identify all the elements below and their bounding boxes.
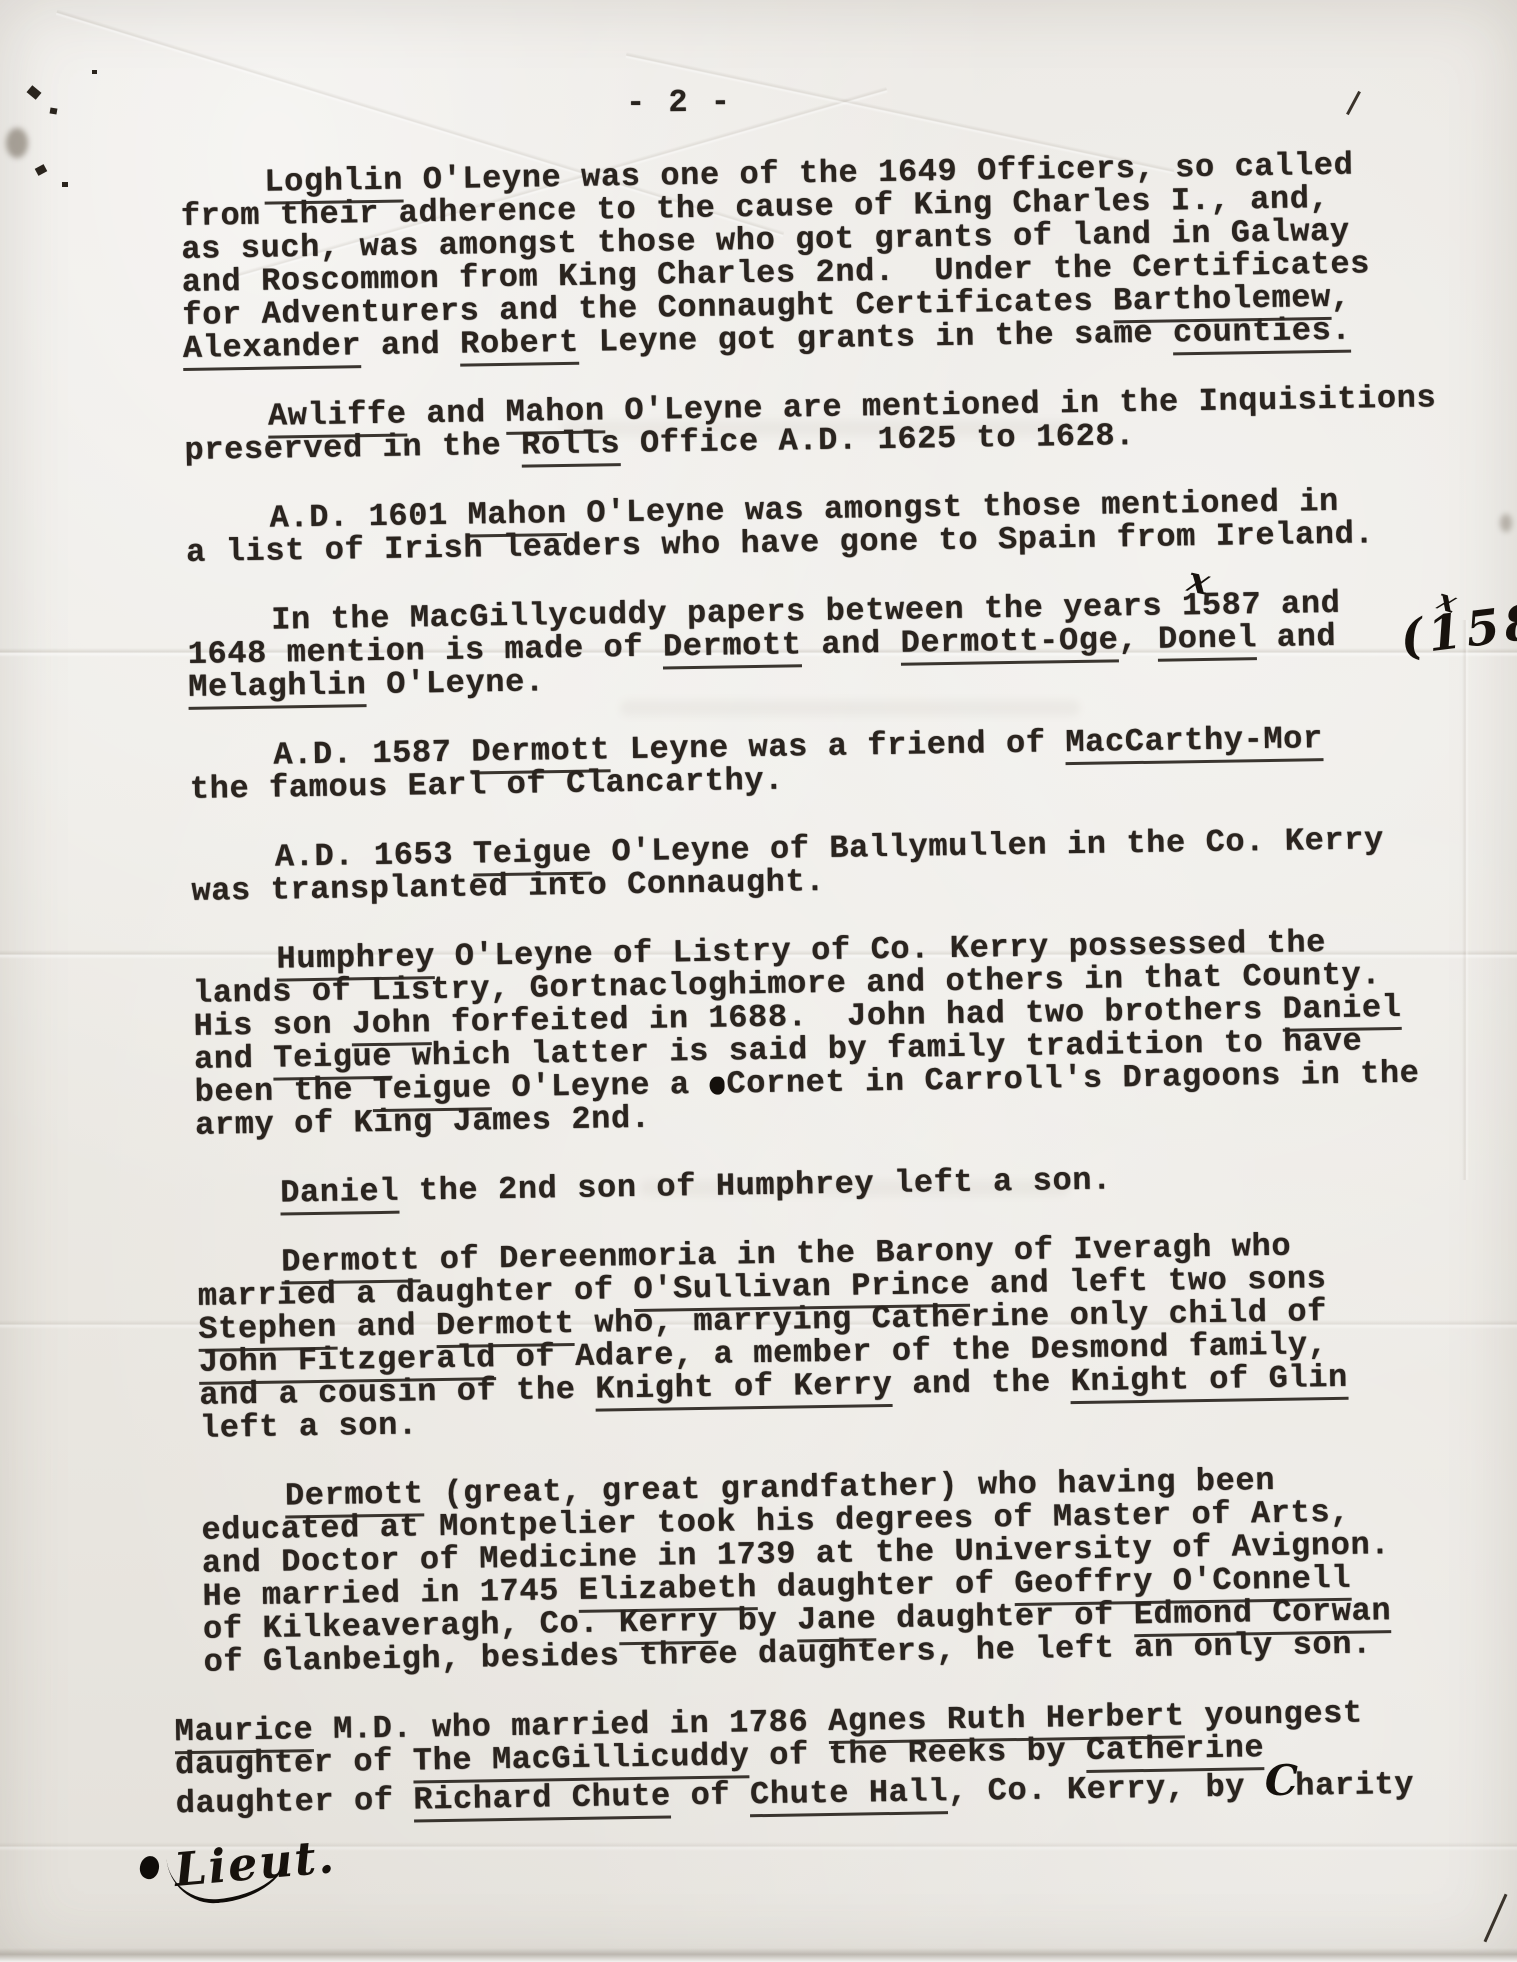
paragraph: Daniel the 2nd son of Humphrey left a so… xyxy=(196,1158,1476,1211)
ink-smudge xyxy=(1500,514,1512,532)
paragraph: Loghlin O'Leyne was one of the 1649 Offi… xyxy=(180,147,1463,365)
paragraph: Dermott (great, great grandfather) who h… xyxy=(201,1461,1484,1679)
paragraph: A.D. 1653 Teigue O'Leyne of Ballymullen … xyxy=(191,822,1472,908)
paragraph: Humphrey O'Leyne of Listry of Co. Kerry … xyxy=(192,924,1475,1142)
ink-speck xyxy=(35,164,48,176)
paragraph: A.D. 1601 Mahon O'Leyne was amongst thos… xyxy=(185,483,1466,569)
page-number: - 2 - xyxy=(626,83,732,121)
ink-speck xyxy=(27,85,42,100)
ink-speck xyxy=(92,70,97,74)
ink-smudge xyxy=(6,128,28,158)
paragraph: Dermott of Dereenmoria in the Barony of … xyxy=(197,1227,1480,1445)
ink-speck xyxy=(62,182,68,187)
document-paragraphs: Loghlin O'Leyne was one of the 1649 Offi… xyxy=(150,146,1516,1850)
scan-edge xyxy=(0,1948,1517,1962)
paragraph: In the MacGillycuddy papers between the … xyxy=(187,585,1468,704)
ink-speck xyxy=(50,107,58,114)
ink-blot xyxy=(709,1077,724,1095)
typed-line: Daniel the 2nd son of Humphrey left a so… xyxy=(196,1158,1476,1211)
handwritten-correction-c: C xyxy=(1264,1756,1295,1805)
paragraph: A.D. 1587 Dermott Leyne was a friend of … xyxy=(189,720,1470,806)
paragraph: Awliffe and Mahon O'Leyne are mentioned … xyxy=(184,381,1465,467)
pen-mark xyxy=(1346,91,1361,115)
paragraph: Maurice M.D. who married in 1786 Agnes R… xyxy=(174,1695,1485,1815)
pen-mark xyxy=(1484,1894,1508,1943)
